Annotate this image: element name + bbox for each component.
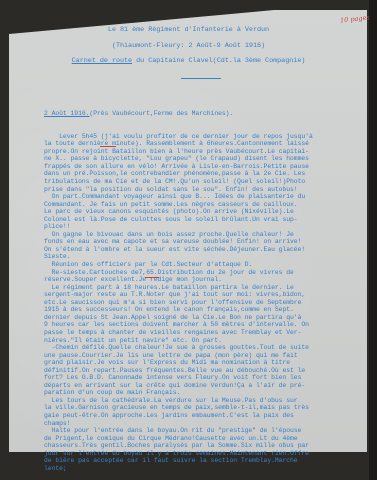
text-line: la toute dernière minute). Rassemblement… — [44, 140, 313, 148]
text-line: sergent-major reste au T.R.Noter que j'a… — [44, 291, 313, 299]
diary-entry: 2 Août 1916.(Près Vaubécourt,Ferme des M… — [44, 95, 313, 480]
text-line: passe le temps à chanter de vieilles ren… — [44, 329, 313, 337]
text-line: Halte pour l'entrée dans le boyau.On rit… — [44, 427, 313, 435]
text-line: fonds en eau avec ma capote et sa vareus… — [44, 238, 313, 246]
text-line: On gagne le bivouac dans un bois assez p… — [44, 231, 313, 239]
scan-border — [369, 0, 377, 480]
text-line: de Prigent,le comique du Cirque Médrano!… — [44, 435, 313, 443]
text-line: définitif.On repart.Pauses fréquentes.Be… — [44, 367, 313, 375]
text-line: départs en arrivant sur la crête qui dom… — [44, 382, 313, 390]
entry-date: 2 Août 1916. — [44, 110, 89, 117]
text-line: tribulations de ma Cie et de la CM!.Qu'u… — [44, 178, 313, 186]
text-line: ne X.. passe à bicyclette, "Lou grapeu" … — [44, 155, 313, 163]
correction-mark — [145, 277, 159, 278]
text-line: paration d'un coup de main Français. — [44, 389, 313, 397]
text-line: de bière pas acceptée car il faut suivre… — [44, 457, 313, 465]
text-line: Colonel est là.Pose de culottes sous le … — [44, 216, 313, 224]
text-line: On part.Commandant voyageur ainsi que B.… — [44, 193, 313, 201]
carnet-rest: du Capitaine Clavel(Cdt.la 3ème Compagni… — [132, 57, 305, 65]
text-line: Sieste. — [44, 253, 313, 261]
text-line: Les tours de la cathédrale.La verdure su… — [44, 397, 313, 405]
text-line: prise dans "la position du soldat sans l… — [44, 186, 313, 194]
text-line: propre.On rejoint Bataillon bien à l'heu… — [44, 148, 313, 156]
text-line: Commandant. Je fais un petit somme.Les n… — [44, 201, 313, 209]
title-rule — [181, 78, 221, 79]
document-title: Le 81 ème Régiment d'Infanterie à Verdun — [0, 27, 377, 35]
text-line: la ville.Garnison gracieuse en temps de … — [44, 404, 313, 412]
text-line: nières."Il était un petit navire" etc. O… — [44, 337, 313, 345]
text-line: jour sur l'entrée du boyau il y a trois … — [44, 450, 313, 458]
text-line: réserve.Souper excellent.Je rédige mon j… — [44, 276, 313, 284]
text-line: Réunion des officiers par le Cdt.Secteur… — [44, 261, 313, 269]
text-line: champs! — [44, 420, 313, 428]
text-line: 1915 à des successeurs! On entend le can… — [44, 306, 313, 314]
text-line: On s'étend à l'ombre et la sueur est vit… — [44, 246, 313, 254]
document-subtitle: (Thiaumont-Fleury: 2 Août-9 Août 1916) — [0, 43, 377, 51]
text-line: frappés de son allure en vélo! Arrivée à… — [44, 163, 313, 171]
text-line: -Chemin défilé.Quelle chaleur!Je sue à g… — [44, 344, 313, 352]
text-line: Re-sieste.Cartouches de7,65.Distribution… — [44, 269, 313, 277]
text-line: fort? Les G.B.D. Canonnade intense vers … — [44, 374, 313, 382]
text-line: Le parc de vieux canons esquintés (photo… — [44, 208, 313, 216]
text-line: dernier depuis St Jean.Appel soigné de l… — [44, 314, 313, 322]
text-line: dans un pré.Poisson,le contrebandier phé… — [44, 170, 313, 178]
text-line: 9 heures car les sections doivent marche… — [44, 321, 313, 329]
text-line: Le régiment part à 18 heures.Le bataillo… — [44, 284, 313, 292]
entry-place: (Près Vaubécourt,Ferme des Marchines). — [89, 110, 233, 117]
carnet-label: Carnet de route — [72, 57, 132, 65]
text-line: plice!! — [44, 223, 313, 231]
text-line: grand plaisir.Je vois sur l'Express du M… — [44, 359, 313, 367]
text-line: Lever 5h45 (j'ai voulu profiter de ce de… — [44, 133, 313, 141]
text-line: une pause.Courrier.Je lis une lettre de … — [44, 352, 313, 360]
text-line: lente; — [44, 465, 313, 473]
correction-mark — [100, 146, 116, 147]
document-carnet-line: Carnet de route du Capitaine Clavel(Cdt.… — [0, 58, 377, 66]
entry-heading: 2 Août 1916.(Près Vaubécourt,Ferme des M… — [44, 110, 313, 118]
text-line: gaie peut-être.On approche.Les jardins e… — [44, 412, 313, 420]
entry-body: Lever 5h45 (j'ai voulu profiter de ce de… — [44, 133, 313, 473]
text-line: etc.Le saucisson qui m'a si bien servi p… — [44, 299, 313, 307]
text-line: chasseurs.Très gentil.Boches paralysés p… — [44, 442, 313, 450]
